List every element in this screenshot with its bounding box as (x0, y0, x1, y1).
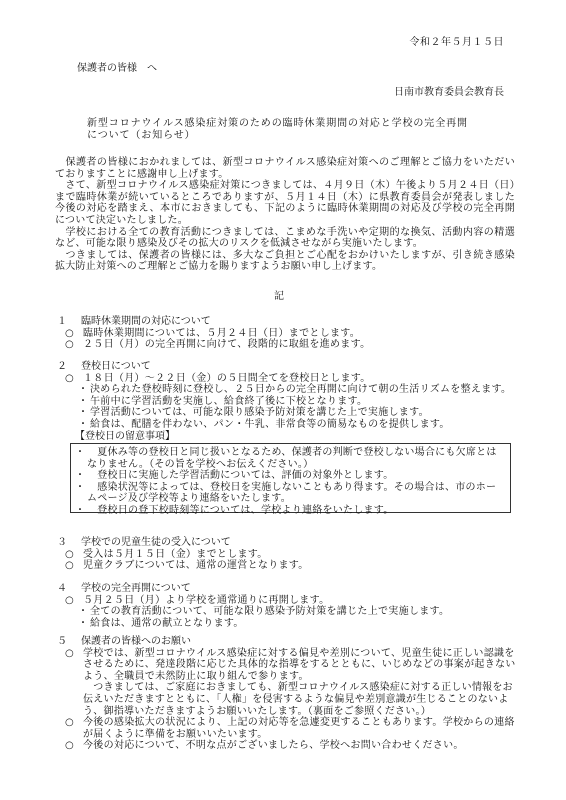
dot-bullet-icon: ・ (78, 618, 90, 630)
dot-bullet-icon: ・ (75, 447, 87, 470)
title-line-2: について（お知らせ） (87, 130, 507, 142)
list-item: ○ ２５日（月）の完全再開に向けて、段階的に取組を進めます。 (57, 339, 517, 351)
document-date: 令和２年５月１５日 (410, 37, 505, 49)
section-number: ４ (57, 583, 81, 595)
section-heading: １ 臨時休業期間の対応について (57, 316, 517, 328)
intro-body: 保護者の皆様におかれましては、新型コロナウイルス感染症対策へのご理解とご協力をい… (55, 157, 515, 273)
section-4: ４ 学校の完全再開について ○ ５月２５日（月）より学校を通常通りに再開します。… (57, 583, 517, 629)
note-item: ・ 登校日の登下校時刻等については、学校より連絡をいたします。 (75, 505, 506, 517)
list-item: ○ 受入は５月１５日（金）までとします。 (57, 549, 517, 561)
title-line-1: 新型コロナウイルス感染症対策のための臨時休業期間の対応と学校の完全再開 (87, 118, 507, 130)
bullet-item: ・ 午前中に学習活動を実施し、給食終了後に下校となります。 (57, 396, 517, 408)
circle-bullet-icon: ○ (65, 328, 83, 340)
intro-paragraph: つきましては、保護者の皆様には、多大なご負担とご心配をおかけいたしますが、引き続… (55, 250, 515, 273)
notes-box: ・ 夏休み等の登校日と同じ扱いとなるため、保護者の判断で登校しない場合にも欠席と… (70, 443, 511, 513)
circle-bullet-icon: ○ (65, 717, 83, 740)
section-heading: ４ 学校の完全再開について (57, 583, 517, 595)
section-heading: ５ 保護者の皆様へのお願い (57, 636, 517, 648)
bullet-item: ・ 決められた登校時刻に登校し、２５日からの完全再開に向けて朝の生活リズムを整え… (57, 384, 517, 396)
note-item: ・ 登校日に実施した学習活動については、評価の対象外とします。 (75, 470, 506, 482)
circle-bullet-icon: ○ (65, 595, 83, 607)
intro-paragraph: 学校における全ての教育活動につきましては、こまめな手洗いや定期的な換気、活動内容… (55, 227, 515, 250)
dot-bullet-icon: ・ (75, 470, 87, 482)
section-number: ５ (57, 636, 81, 648)
dot-bullet-icon: ・ (78, 606, 90, 618)
list-item: ○ 児童クラブについては、通常の運営となります。 (57, 560, 517, 572)
list-item: ○ １８日（月）～２２日（金）の５日間全てを登校日とします。 (57, 373, 517, 385)
dot-bullet-icon: ・ (78, 419, 90, 431)
addressee: 保護者の皆様 へ (77, 63, 157, 75)
circle-bullet-icon: ○ (65, 373, 83, 385)
note-label: 【登校日の留意事項】 (57, 431, 517, 443)
sender: 日南市教育委員会教育長 (394, 87, 504, 99)
section-title: 学校での児童生徒の受入について (81, 537, 231, 549)
circle-bullet-icon: ○ (65, 648, 83, 683)
dot-bullet-icon: ・ (75, 482, 87, 505)
bullet-item: ・ 学習活動については、可能な限り感染予防対策を講じた上で実施します。 (57, 407, 517, 419)
bullet-item: ・ 全ての教育活動について、可能な限り感染予防対策を講じた上で実施します。 (57, 606, 517, 618)
section-title: 保護者の皆様へのお願い (81, 636, 191, 648)
section-title: 臨時休業期間の対応について (81, 316, 211, 328)
section-title: 登校日について (81, 361, 151, 373)
dot-bullet-icon: ・ (78, 384, 90, 396)
circle-bullet-icon: ○ (65, 549, 83, 561)
note-item: ・ 感染状況等によっては、登校日を実施しないこともあり得ます。その場合は、市のホ… (75, 482, 506, 505)
list-item: ○ ５月２５日（月）より学校を通常通りに再開します。 (57, 595, 517, 607)
section-3: ３ 学校での児童生徒の受入について ○ 受入は５月１５日（金）までとします。 ○… (57, 537, 517, 572)
section-5: ５ 保護者の皆様へのお願い ○ 学校では、新型コロナウイルス感染症に対する偏見や… (57, 636, 517, 752)
section-heading: ３ 学校での児童生徒の受入について (57, 537, 517, 549)
circle-bullet-icon: ○ (65, 560, 83, 572)
ki-heading: 記 (274, 291, 284, 303)
list-item: ○ 学校では、新型コロナウイルス感染症に対する偏見や差別について、児童生徒に正し… (57, 648, 517, 683)
dot-bullet-icon: ・ (75, 505, 87, 517)
circle-bullet-icon: ○ (65, 339, 83, 351)
circle-bullet-icon: ○ (65, 740, 83, 752)
section-number: ３ (57, 537, 81, 549)
section-2: ２ 登校日について ○ １８日（月）～２２日（金）の５日間全てを登校日とします。… (57, 361, 517, 442)
section-number: １ (57, 316, 81, 328)
list-item: ○ 臨時休業期間については、５月２４日（日）までとします。 (57, 328, 517, 340)
note-item: ・ 夏休み等の登校日と同じ扱いとなるため、保護者の判断で登校しない場合にも欠席と… (75, 447, 506, 470)
dot-bullet-icon: ・ (78, 396, 90, 408)
sub-paragraph: つきましては、ご家庭におきましても、新型コロナウイルス感染症に対する正しい情報を… (57, 682, 517, 717)
section-number: ２ (57, 361, 81, 373)
section-heading: ２ 登校日について (57, 361, 517, 373)
dot-bullet-icon: ・ (78, 407, 90, 419)
list-item: ○ 今後の感染拡大の状況により、上記の対応等を急遽変更することもあります。学校か… (57, 717, 517, 740)
bullet-item: ・ 給食は、通常の献立となります。 (57, 618, 517, 630)
section-title: 学校の完全再開について (81, 583, 191, 595)
intro-paragraph: 保護者の皆様におかれましては、新型コロナウイルス感染症対策へのご理解とご協力をい… (55, 157, 515, 180)
intro-paragraph: さて、新型コロナウイルス感染症対策につきましては、４月９日（木）午後より５月２４… (55, 180, 515, 226)
section-1: １ 臨時休業期間の対応について ○ 臨時休業期間については、５月２４日（日）まで… (57, 316, 517, 351)
document-title: 新型コロナウイルス感染症対策のための臨時休業期間の対応と学校の完全再開 について… (87, 118, 507, 141)
bullet-item: ・ 給食は、配膳を伴わない、パン・牛乳、非常食等の簡易なものを提供します。 (57, 419, 517, 431)
list-item: ○ 今後の対応について、不明な点がございましたら、学校へお問い合わせください。 (57, 740, 517, 752)
